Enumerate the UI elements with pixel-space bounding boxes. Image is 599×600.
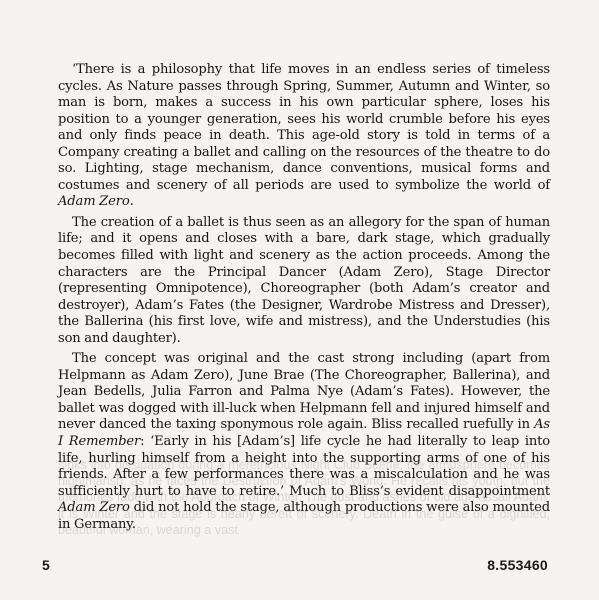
title-adam-zero: Adam Zero bbox=[58, 194, 130, 209]
paragraph-2: The creation of a ballet is thus seen as… bbox=[58, 215, 550, 347]
document-page: sinks into dissipation during a meretric… bbox=[0, 0, 599, 600]
paragraph-3-text-1: The concept was original and the cast st… bbox=[58, 351, 550, 432]
body-text: ‘There is a philosophy that life moves i… bbox=[58, 62, 550, 537]
title-adam-zero: Adam Zero bbox=[58, 500, 130, 515]
catalog-number: 8.553460 bbox=[487, 557, 548, 573]
page-number: 5 bbox=[42, 557, 50, 573]
paragraph-1-text-2: . bbox=[130, 194, 134, 209]
paragraph-2-text: The creation of a ballet is thus seen as… bbox=[58, 215, 550, 346]
paragraph-1: ‘There is a philosophy that life moves i… bbox=[58, 62, 550, 211]
paragraph-3-text-3: did not hold the stage, although product… bbox=[58, 500, 550, 532]
paragraph-3: The concept was original and the cast st… bbox=[58, 351, 550, 533]
paragraph-1-text-1: ‘There is a philosophy that life moves i… bbox=[58, 62, 550, 193]
